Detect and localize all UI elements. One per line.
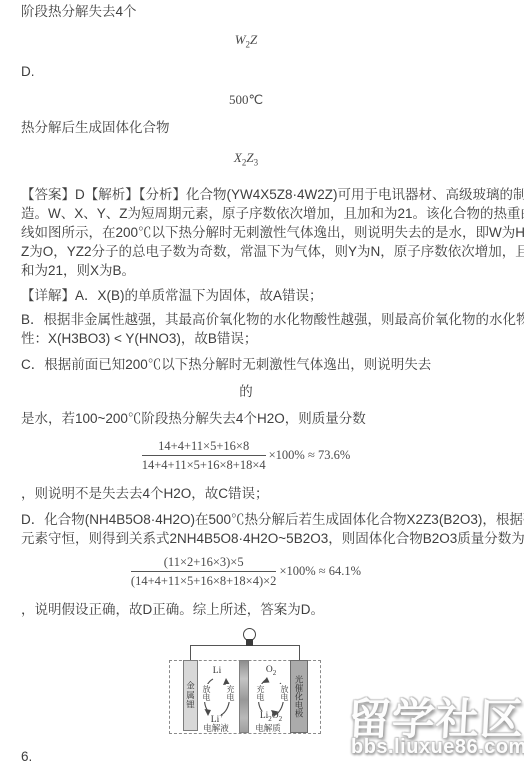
detail-a-line: 【详解】A．X(B)的单质常温下为固体，故A错误； — [21, 287, 323, 305]
document-page: 阶段热分解失去4个 W2Z D. 500℃ 热分解后生成固体化合物 X2Z3 【… — [0, 0, 524, 775]
right-cycle-discharge-label: 放电 — [280, 684, 288, 702]
detail-c-line: C．根据前面已知200℃以下热分解时无刺激性气体逸出，则说明失去 — [21, 356, 431, 374]
o2-base: O — [266, 665, 273, 675]
light-bulb-base-icon — [246, 639, 253, 646]
formula-x2z3-sub2: 3 — [254, 158, 259, 168]
mass-fraction-formula-2: (11×2+16×3)×5 (14+4+11×5+16×8+18×4)×2 ×1… — [0, 553, 492, 588]
left-cycle-charge-label: 充电 — [226, 684, 234, 702]
electrolyte-liquid-label: 电解液 — [196, 722, 236, 734]
analysis-line: 造。W、X、Y、Z为短周期元素，原子序数依次增加，且加和为21。该化合物的热重曲 — [21, 205, 524, 223]
formula-x2z3-base2: Z — [246, 150, 253, 165]
detail-d-line: 元素守恒，则得到关系式2NH4B5O8·4H2O~5B2O3，则固体化合物B2O… — [21, 530, 524, 548]
circuit-wire — [190, 645, 300, 646]
formula-w2z: W2Z — [0, 31, 492, 54]
formula-temperature: 500℃ — [0, 91, 492, 109]
detail-b-line: B．根据非金属性越强，其最高价氧化物的水化物酸性越强，则最高价氧化物的水化物酸 — [21, 311, 524, 329]
detail-d-line: D．化合物(NH4B5O8·4H2O)在500℃热分解后若生成固体化合物X2Z3… — [21, 511, 524, 529]
fraction2-suffix: ×100% ≈ 64.1% — [279, 564, 361, 579]
analysis-line: 和为21，则X为B。 — [21, 262, 135, 280]
lithium-metal-electrode: 金属锂 — [183, 660, 198, 731]
solid-compound-line: 热分解后生成固体化合物 — [21, 119, 170, 137]
right-cycle-charge-label: 充电 — [256, 684, 264, 702]
right-electrode-label: 光催化电极 — [294, 675, 304, 718]
detail-b-line: 性：X(H3BO3) < Y(HNO3)，故B错误； — [21, 330, 257, 348]
option-d-label: D. — [21, 63, 35, 81]
left-cycle-discharge-label: 放电 — [202, 684, 210, 702]
item-number: 6. — [21, 748, 32, 766]
electrolyte-label: 电解质 — [248, 722, 288, 734]
fraction1-suffix: ×100% ≈ 73.6% — [269, 448, 351, 463]
detail-c-line2: 是水，若100~200℃阶段热分解失去4个H2O，则质量分数 — [21, 410, 366, 428]
li-label: Li — [213, 666, 221, 676]
watermark-site-url: bbs.liuxue86.com — [351, 736, 524, 759]
circuit-wire — [299, 645, 300, 660]
mass-fraction-formula-1: 14+4+11×5+16×8 14+4+11×5+16×8+18×4 ×100%… — [0, 437, 492, 472]
formula-x2z3-base: X — [234, 150, 242, 165]
fraction2-denominator: (14+4+11×5+16×8+18×4)×2 — [131, 572, 277, 588]
detail-c-center-char: 的 — [0, 383, 492, 401]
analysis-line: 线如图所示，在200℃以下热分解时无刺激性气体逸出，则说明失去的是水，即W为H， — [21, 224, 524, 242]
fraction1-denominator: 14+4+11×5+16×8+18×4 — [142, 456, 266, 472]
detail-d-line3: ，说明假设正确，故D正确。综上所述，答案为D。 — [21, 601, 324, 619]
analysis-line: Z为O，YZ2分子的总电子数为奇数，常温下为气体，则Y为N，原子序数依次增加，且… — [21, 243, 524, 261]
left-electrode-label: 金属锂 — [186, 681, 196, 710]
analysis-line: 【答案】D【解析】【分析】化合物(YW4X5Z8·4W2Z)可用于电讯器材、高级… — [21, 186, 524, 204]
detail-c-line3: ，则说明不是失去去4个H2O，故C错误； — [21, 485, 269, 503]
formula-w2z-base: W — [235, 32, 246, 47]
fraction2-numerator: (11×2+16×3)×5 — [131, 555, 277, 572]
formula-x2z3: X2Z3 — [0, 149, 492, 172]
circuit-wire — [190, 645, 191, 660]
formula-w2z-base2: Z — [250, 32, 257, 47]
intro-line: 阶段热分解失去4个 — [21, 3, 137, 21]
fraction1-numerator: 14+4+11×5+16×8 — [142, 439, 266, 456]
